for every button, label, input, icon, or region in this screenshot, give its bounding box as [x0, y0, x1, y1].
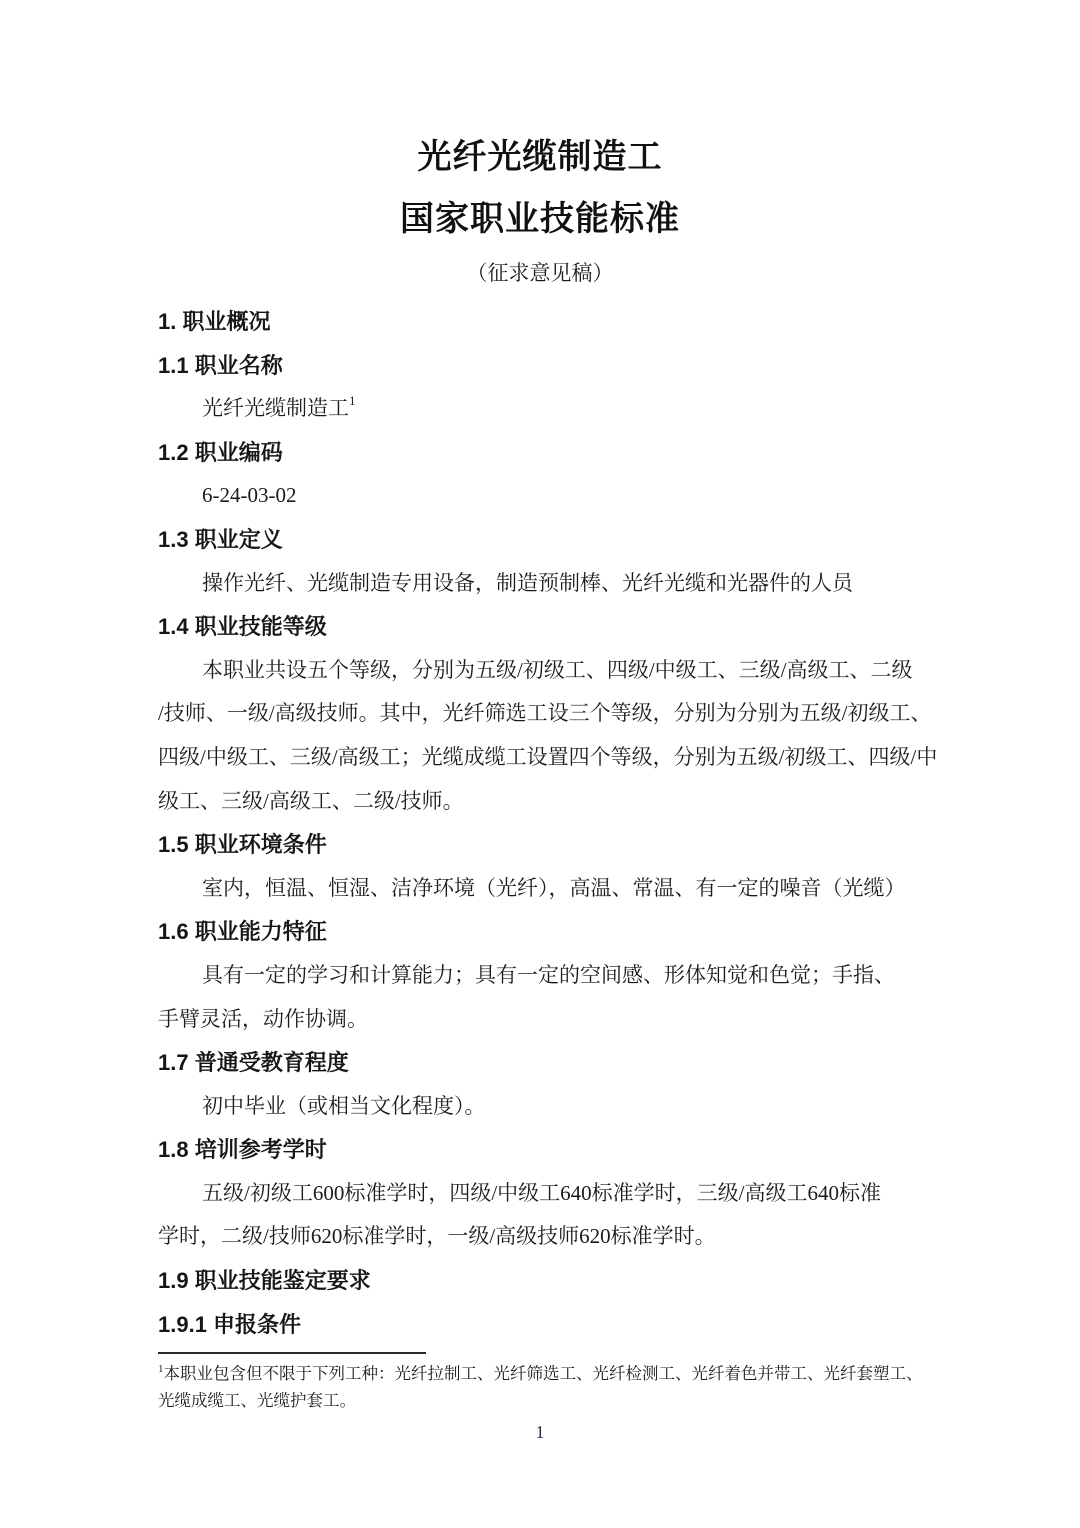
footnote-text-1: 本职业包含但不限于下列工种：光纤拉制工、光纤筛选工、光纤检测工、光纤着色并带工、…	[164, 1364, 923, 1383]
section-heading: 1.3 职业定义	[158, 518, 948, 562]
footnote-text-2: 光缆成缆工、光缆护套工。	[158, 1391, 356, 1410]
paragraph-line: 室内，恒温、恒湿、洁净环境（光纤），高温、常温、有一定的噪音（光缆）	[158, 867, 948, 911]
document-page: 光纤光缆制造工 国家职业技能标准 （征求意见稿） 1. 职业概况1.1 职业名称…	[0, 0, 1080, 1528]
doc-subtitle: （征求意见稿）	[0, 250, 1080, 296]
paragraph-line: 手臂灵活，动作协调。	[158, 998, 948, 1042]
paragraph-line: 级工、三级/高级工、二级/技师。	[158, 780, 948, 824]
doc-title-line1: 光纤光缆制造工	[0, 126, 1080, 188]
paragraph-line: 6-24-03-02	[158, 474, 948, 518]
section-heading: 1.1 职业名称	[158, 344, 948, 388]
section-heading: 1.6 职业能力特征	[158, 910, 948, 954]
footnote-marker: 1	[158, 1363, 164, 1375]
paragraph-line: 操作光纤、光缆制造专用设备，制造预制棒、光纤光缆和光器件的人员	[158, 562, 948, 606]
paragraph-text: 光纤光缆制造工	[202, 396, 349, 420]
section-heading: 1.4 职业技能等级	[158, 605, 948, 649]
document-body: 1. 职业概况1.1 职业名称光纤光缆制造工11.2 职业编码6-24-03-0…	[158, 300, 948, 1346]
paragraph-line: 初中毕业（或相当文化程度）。	[158, 1085, 948, 1129]
section-heading: 1.9 职业技能鉴定要求	[158, 1259, 948, 1303]
section-heading: 1.2 职业编码	[158, 431, 948, 475]
section-heading: 1.8 培训参考学时	[158, 1128, 948, 1172]
paragraph-line: 具有一定的学习和计算能力；具有一定的空间感、形体知觉和色觉；手指、	[158, 954, 948, 998]
section-heading: 1.7 普通受教育程度	[158, 1041, 948, 1085]
footnote-line-2: 光缆成缆工、光缆护套工。	[158, 1387, 948, 1414]
section-heading: 1. 职业概况	[158, 300, 948, 344]
paragraph-line: /技师、一级/高级技师。其中，光纤筛选工设三个等级，分别为分别为五级/初级工、	[158, 692, 948, 736]
paragraph-line: 本职业共设五个等级，分别为五级/初级工、四级/中级工、三级/高级工、二级	[158, 649, 948, 693]
footnote: 1本职业包含但不限于下列工种：光纤拉制工、光纤筛选工、光纤检测工、光纤着色并带工…	[158, 1360, 948, 1414]
section-heading: 1.9.1 申报条件	[158, 1303, 948, 1347]
paragraph-line: 光纤光缆制造工1	[158, 387, 948, 431]
paragraph-line: 学时，二级/技师620标准学时，一级/高级技师620标准学时。	[158, 1215, 948, 1259]
page-number: 1	[0, 1422, 1080, 1443]
paragraph-line: 四级/中级工、三级/高级工；光缆成缆工设置四个等级，分别为五级/初级工、四级/中	[158, 736, 948, 780]
footnote-ref-superscript: 1	[349, 393, 356, 408]
paragraph-line: 五级/初级工600标准学时，四级/中级工640标准学时，三级/高级工640标准	[158, 1172, 948, 1216]
footnote-separator	[158, 1352, 426, 1354]
section-heading: 1.5 职业环境条件	[158, 823, 948, 867]
doc-title-line2: 国家职业技能标准	[0, 188, 1080, 250]
footnote-line-1: 1本职业包含但不限于下列工种：光纤拉制工、光纤筛选工、光纤检测工、光纤着色并带工…	[158, 1360, 948, 1387]
